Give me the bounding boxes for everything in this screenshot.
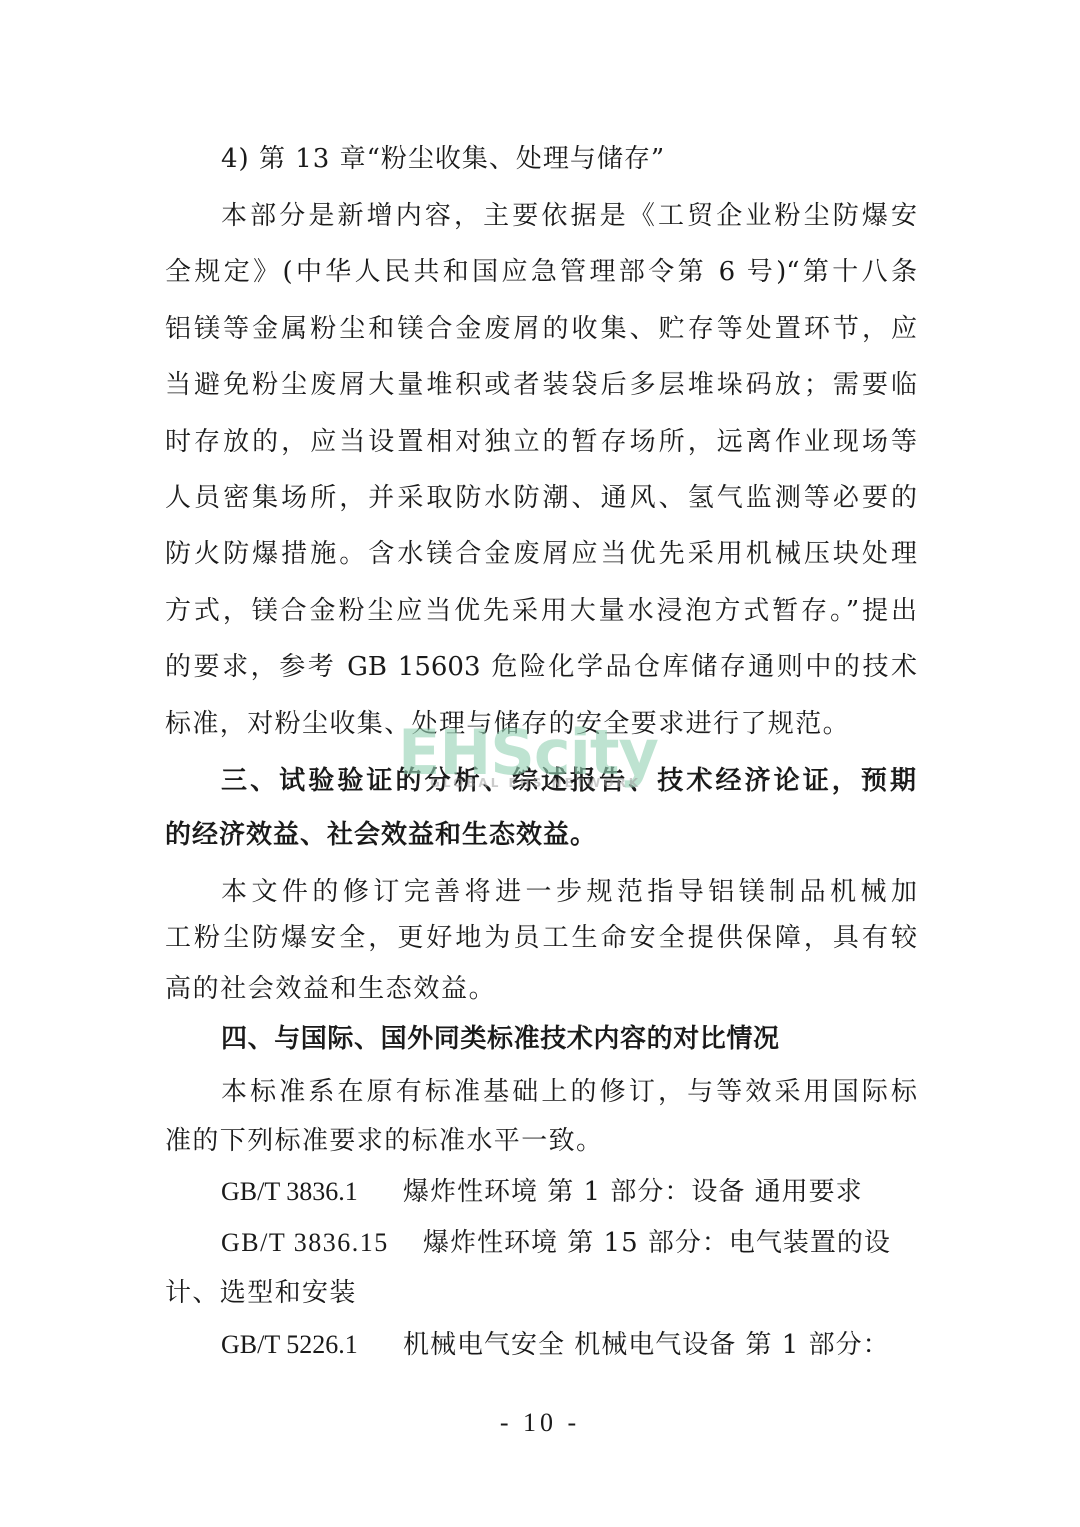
section-3-heading-cont: 的经济效益、社会效益和生态效益。: [165, 818, 917, 852]
paragraph-line: 铝镁等金属粉尘和镁合金废屑的收集、贮存等处置环节，应: [165, 312, 917, 346]
section-4-heading: 四、与国际、国外同类标准技术内容的对比情况: [221, 1022, 917, 1056]
paragraph-line: 工粉尘防爆安全，更好地为员工生命安全提供保障，具有较: [165, 921, 917, 955]
page-text: 4) 第 13 章“粉尘收集、处理与储存” 本部分是新增内容，主要依据是《工贸企…: [0, 0, 1080, 1527]
paragraph-line: 标准，对粉尘收集、处理与储存的安全要求进行了规范。: [165, 707, 917, 741]
document-page: 4) 第 13 章“粉尘收集、处理与储存” 本部分是新增内容，主要依据是《工贸企…: [0, 0, 1080, 1527]
paragraph-line: 全规定》(中华人民共和国应急管理部令第 6 号)“第十八条: [165, 255, 917, 289]
standard-code: GB/T 3836.1: [221, 1175, 403, 1209]
paragraph-line: 本部分是新增内容，主要依据是《工贸企业粉尘防爆安: [221, 199, 917, 233]
paragraph-line: 准的下列标准要求的标准水平一致。: [165, 1124, 917, 1158]
paragraph-line: 人员密集场所，并采取防水防潮、通风、氢气监测等必要的: [165, 481, 917, 515]
standard-title: 爆炸性环境 第 15 部分：电气装置的设: [423, 1228, 891, 1258]
paragraph-line: 防火防爆措施。含水镁合金废屑应当优先采用机械压块处理: [165, 537, 917, 571]
standard-code: GB/T 3836.15: [221, 1226, 423, 1260]
standard-title-cont: 计、选型和安装: [165, 1276, 917, 1310]
page-number: - 10 -: [0, 1406, 1080, 1440]
standard-title: 机械电气安全 机械电气设备 第 1 部分：: [403, 1330, 890, 1360]
paragraph-line: 本标准系在原有标准基础上的修订，与等效采用国际标: [221, 1075, 917, 1109]
standard-item: GB/T 3836.15爆炸性环境 第 15 部分：电气装置的设: [221, 1226, 917, 1260]
paragraph-line: 当避免粉尘废屑大量堆积或者装袋后多层堆垛码放；需要临: [165, 368, 917, 402]
paragraph-line: 的要求，参考 GB 15603 危险化学品仓库储存通则中的技术: [165, 650, 917, 684]
standard-item: GB/T 3836.1爆炸性环境 第 1 部分：设备 通用要求: [221, 1175, 917, 1209]
subsection-heading: 4) 第 13 章“粉尘收集、处理与储存”: [221, 142, 917, 176]
paragraph-line: 高的社会效益和生态效益。: [165, 972, 917, 1006]
paragraph-line: 时存放的，应当设置相对独立的暂存场所，远离作业现场等: [165, 425, 917, 459]
standard-item: GB/T 5226.1机械电气安全 机械电气设备 第 1 部分：: [221, 1328, 917, 1362]
paragraph-line: 本文件的修订完善将进一步规范指导铝镁制品机械加: [221, 875, 917, 909]
standard-title: 爆炸性环境 第 1 部分：设备 通用要求: [403, 1177, 863, 1207]
standard-code: GB/T 5226.1: [221, 1328, 403, 1362]
paragraph-line: 方式，镁合金粉尘应当优先采用大量水浸泡方式暂存。”提出: [165, 594, 917, 628]
section-3-heading: 三、试验验证的分析、综述报告、技术经济论证，预期: [221, 764, 917, 798]
